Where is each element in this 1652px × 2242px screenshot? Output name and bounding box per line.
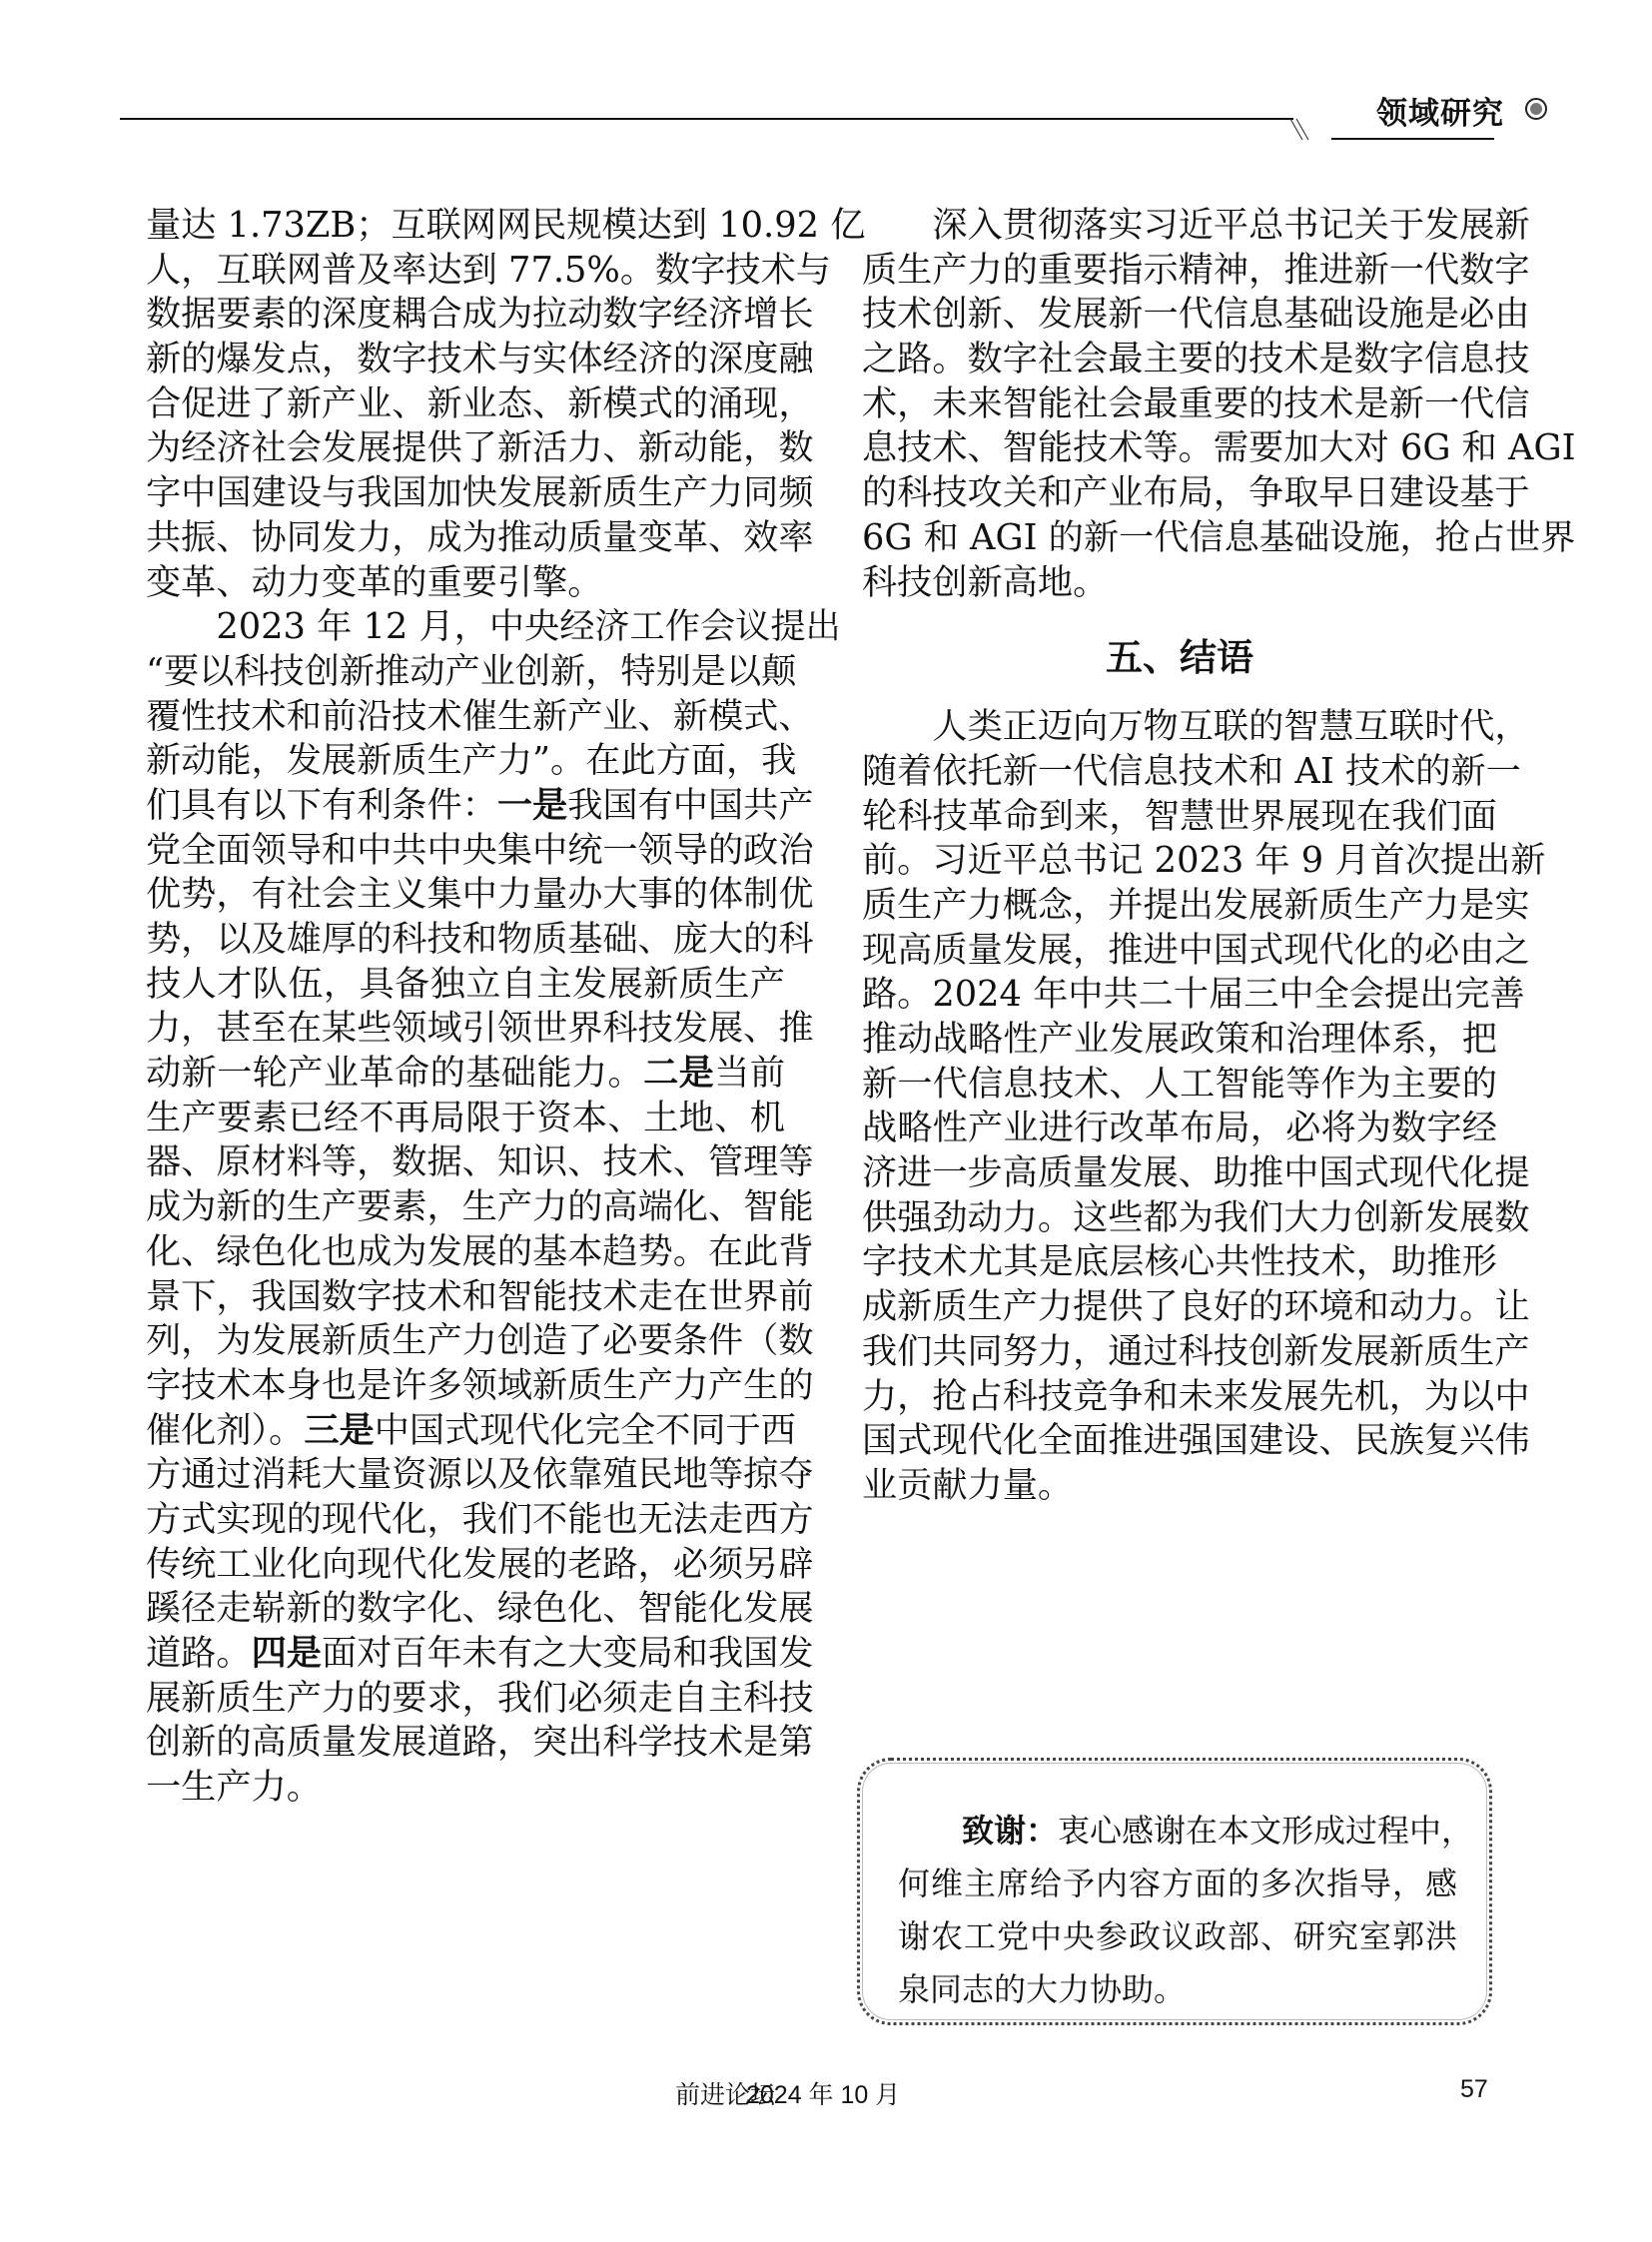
text-line: 列，为发展新质生产力创造了必要条件（数 bbox=[146, 1319, 785, 1364]
text-line: 现高质量发展，推进中国式现代化的必由之 bbox=[862, 929, 1497, 974]
text-line: 传统工业化向现代化发展的老路，必须另辟 bbox=[146, 1543, 785, 1588]
paragraph-conclusion: 人类正迈向万物互联的智慧互联时代， 随着依托新一代信息技术和 AI 技术的新一 … bbox=[862, 705, 1497, 1508]
text-line: 字中国建设与我国加快发展新质生产力同频 bbox=[146, 471, 785, 516]
text-line: 之路。数字社会最主要的技术是数字信息技 bbox=[862, 338, 1497, 382]
text-line: 谢农工党中央参政议政部、研究室郭洪 bbox=[898, 1910, 1457, 1963]
text-span: 动新一轮产业革命的基础能力。 bbox=[146, 1053, 643, 1094]
text-line: 深入贯彻落实习近平总书记关于发展新 bbox=[862, 204, 1497, 249]
text-line: 推动战略性产业发展政策和治理体系，把 bbox=[862, 1018, 1497, 1063]
text-line: 技人才队伍，具备独立自主发展新质生产 bbox=[146, 963, 785, 1008]
text-line: 道路。四是面对百年未有之大变局和我国发 bbox=[146, 1632, 785, 1677]
text-line: 力，抢占科技竞争和未来发展先机，为以中 bbox=[862, 1375, 1497, 1420]
text-line: 新的爆发点，数字技术与实体经济的深度融 bbox=[146, 338, 785, 382]
text-line: 质生产力的重要指示精神，推进新一代数字 bbox=[862, 249, 1497, 294]
text-line: 的科技攻关和产业布局，争取早日建设基于 bbox=[862, 471, 1497, 516]
paragraph-digital-economy: 量达 1.73ZB；互联网网民规模达到 10.92 亿 人，互联网普及率达到 7… bbox=[146, 204, 785, 605]
paragraph-infrastructure: 深入贯彻落实习近平总书记关于发展新 质生产力的重要指示精神，推进新一代数字 技术… bbox=[862, 204, 1497, 605]
text-line: 力，甚至在某些领域引领世界科技发展、推 bbox=[146, 1007, 785, 1052]
text-line: 创新的高质量发展道路，突出科学技术是第 bbox=[146, 1721, 785, 1766]
text-line: 新一代信息技术、人工智能等作为主要的 bbox=[862, 1063, 1497, 1108]
text-line: 生产要素已经不再局限于资本、土地、机 bbox=[146, 1097, 785, 1141]
text-line: 新动能，发展新质生产力”。在此方面，我 bbox=[146, 739, 785, 784]
text-line: 致谢：衷心感谢在本文形成过程中， bbox=[898, 1805, 1457, 1858]
text-line: 共振、协同发力，成为推动质量变革、效率 bbox=[146, 516, 785, 561]
text-line: 国式现代化全面推进强国建设、民族复兴伟 bbox=[862, 1419, 1497, 1464]
text-line: 蹊径走崭新的数字化、绿色化、智能化发展 bbox=[146, 1587, 785, 1632]
text-line: 质生产力概念，并提出发展新质生产力是实 bbox=[862, 884, 1497, 929]
emphasis-first: 一是 bbox=[497, 785, 567, 826]
text-line: 6G 和 AGI 的新一代信息基础设施，抢占世界 bbox=[862, 516, 1497, 561]
text-line: 随着依托新一代信息技术和 AI 技术的新一 bbox=[862, 750, 1497, 795]
text-line: 前。习近平总书记 2023 年 9 月首次提出新 bbox=[862, 839, 1497, 884]
text-line: 我们共同努力，通过科技创新发展新质生产 bbox=[862, 1330, 1497, 1375]
text-line: 成为新的生产要素，生产力的高端化、智能 bbox=[146, 1185, 785, 1230]
text-line: 们具有以下有利条件：一是我国有中国共产 bbox=[146, 784, 785, 829]
text-line: 人类正迈向万物互联的智慧互联时代， bbox=[862, 705, 1497, 750]
text-line: 人，互联网普及率达到 77.5%。数字技术与 bbox=[146, 249, 785, 294]
text-line: 字技术本身也是许多领域新质生产力产生的 bbox=[146, 1364, 785, 1409]
text-line: 一生产力。 bbox=[146, 1766, 785, 1811]
bullseye-icon bbox=[1525, 98, 1547, 120]
text-line: 党全面领导和中共中央集中统一领导的政治 bbox=[146, 829, 785, 874]
section-heading-conclusion: 五、结语 bbox=[862, 633, 1497, 683]
text-line: 泉同志的大力协助。 bbox=[898, 1963, 1457, 2016]
text-line: 息技术、智能技术等。需要加大对 6G 和 AGI bbox=[862, 426, 1497, 471]
text-line: 覆性技术和前沿技术催生新产业、新模式、 bbox=[146, 695, 785, 740]
issue-date: 2024 年 10 月 bbox=[746, 2075, 900, 2111]
text-line: 合促进了新产业、新业态、新模式的涌现， bbox=[146, 382, 785, 427]
text-line: 优势，有社会主义集中力量办大事的体制优 bbox=[146, 873, 785, 918]
acknowledgement-text: 致谢：衷心感谢在本文形成过程中， 何维主席给予内容方面的多次指导，感 谢农工党中… bbox=[898, 1805, 1457, 2016]
text-line: 济进一步高质量发展、助推中国式现代化提 bbox=[862, 1151, 1497, 1196]
header-rule-right bbox=[1331, 138, 1494, 140]
text-line: 字技术尤其是底层核心共性技术，助推形 bbox=[862, 1240, 1497, 1285]
header-rule-left bbox=[120, 118, 1293, 120]
text-line: 景下，我国数字技术和智能技术走在世界前 bbox=[146, 1275, 785, 1320]
text-line: 路。2024 年中共二十届三中全会提出完善 bbox=[862, 973, 1497, 1018]
text-line: 催化剂）。三是中国式现代化完全不同于西 bbox=[146, 1409, 785, 1454]
text-line: 方式实现的现代化，我们不能也无法走西方 bbox=[146, 1498, 785, 1543]
text-line: 供强劲动力。这些都为我们大力创新发展数 bbox=[862, 1196, 1497, 1241]
text-span: 衷心感谢在本文形成过程中， bbox=[1058, 1812, 1473, 1850]
page-number: 57 bbox=[1460, 2075, 1488, 2104]
text-line: 成新质生产力提供了良好的环境和动力。让 bbox=[862, 1285, 1497, 1330]
header-rule-break bbox=[1288, 118, 1328, 142]
text-line: 技术创新、发展新一代信息基础设施是必由 bbox=[862, 293, 1497, 338]
text-line: 器、原材料等，数据、知识、技术、管理等 bbox=[146, 1140, 785, 1185]
text-line: 化、绿色化也成为发展的基本趋势。在此背 bbox=[146, 1230, 785, 1275]
left-column: 量达 1.73ZB；互联网网民规模达到 10.92 亿 人，互联网普及率达到 7… bbox=[146, 204, 785, 1811]
text-line: 战略性产业进行改革布局，必将为数字经 bbox=[862, 1107, 1497, 1151]
text-line: 为经济社会发展提供了新活力、新动能，数 bbox=[146, 426, 785, 471]
text-span: 当前 bbox=[714, 1053, 785, 1094]
text-line: 科技创新高地。 bbox=[862, 561, 1497, 606]
text-line: 术，未来智能社会最重要的技术是新一代信 bbox=[862, 382, 1497, 427]
text-span: 面对百年未有之大变局和我国发 bbox=[322, 1633, 814, 1674]
text-line: 动新一轮产业革命的基础能力。二是当前 bbox=[146, 1052, 785, 1097]
text-line: 业贡献力量。 bbox=[862, 1464, 1497, 1509]
emphasis-third: 三是 bbox=[304, 1410, 374, 1451]
right-column: 深入贯彻落实习近平总书记关于发展新 质生产力的重要指示精神，推进新一代数字 技术… bbox=[862, 204, 1497, 1509]
text-span: 道路。 bbox=[146, 1633, 252, 1674]
paragraph-favorable-conditions: 2023 年 12 月，中央经济工作会议提出 “要以科技创新推动产业创新，特别是… bbox=[146, 605, 785, 1811]
text-line: 2023 年 12 月，中央经济工作会议提出 bbox=[146, 605, 785, 650]
text-line: 展新质生产力的要求，我们必须走自主科技 bbox=[146, 1677, 785, 1722]
text-span: 们具有以下有利条件： bbox=[146, 785, 497, 826]
text-line: 量达 1.73ZB；互联网网民规模达到 10.92 亿 bbox=[146, 204, 785, 249]
text-span: 我国有中国共产 bbox=[567, 785, 813, 826]
text-line: 数据要素的深度耦合成为拉动数字经济增长 bbox=[146, 293, 785, 338]
text-line: 何维主席给予内容方面的多次指导，感 bbox=[898, 1858, 1457, 1910]
section-label: 领域研究 bbox=[1376, 88, 1504, 133]
emphasis-fourth: 四是 bbox=[252, 1633, 322, 1674]
text-line: “要以科技创新推动产业创新，特别是以颠 bbox=[146, 650, 785, 695]
text-span: 催化剂）。 bbox=[146, 1410, 304, 1451]
emphasis-second: 二是 bbox=[643, 1053, 714, 1094]
text-line: 方通过消耗大量资源以及依靠殖民地等掠夺 bbox=[146, 1453, 785, 1498]
text-line: 轮科技革命到来，智慧世界展现在我们面 bbox=[862, 795, 1497, 840]
acknowledgement-label: 致谢： bbox=[962, 1812, 1058, 1850]
text-line: 势，以及雄厚的科技和物质基础、庞大的科 bbox=[146, 918, 785, 963]
text-line: 变革、动力变革的重要引擎。 bbox=[146, 561, 785, 606]
text-span: 中国式现代化完全不同于西 bbox=[375, 1410, 796, 1451]
acknowledgement-box: 致谢：衷心感谢在本文形成过程中， 何维主席给予内容方面的多次指导，感 谢农工党中… bbox=[857, 1758, 1492, 2025]
